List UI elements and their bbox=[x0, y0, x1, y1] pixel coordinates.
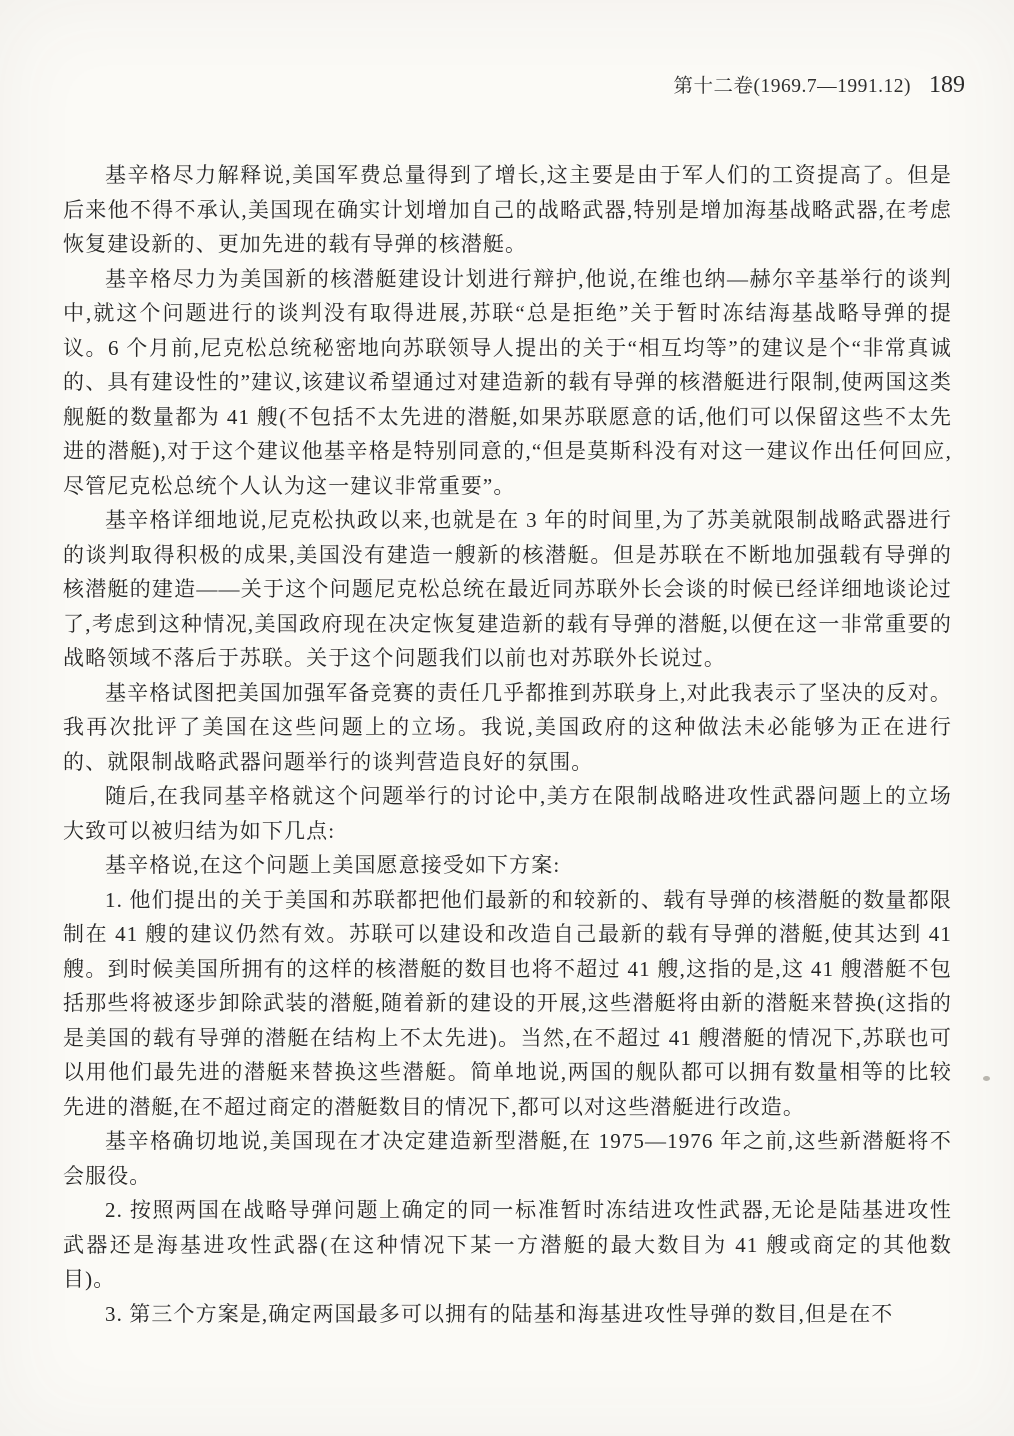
paragraph-list-item-2: 2. 按照两国在战略导弹问题上确定的同一标准暂时冻结进攻性武器,无论是陆基进攻性… bbox=[63, 1193, 952, 1297]
document-body: 基辛格尽力解释说,美国军费总量得到了增长,这主要是由于军人们的工资提高了。但是后… bbox=[63, 158, 952, 1331]
scan-artifact-speck bbox=[983, 1076, 990, 1081]
paragraph-6: 基辛格说,在这个问题上美国愿意接受如下方案: bbox=[63, 848, 952, 883]
paragraph-list-item-1: 1. 他们提出的关于美国和苏联都把他们最新的和较新的、载有导弹的核潜艇的数量都限… bbox=[63, 883, 952, 1125]
paragraph-5: 随后,在我同基辛格就这个问题举行的讨论中,美方在限制战略进攻性武器问题上的立场大… bbox=[63, 779, 952, 848]
scanned-book-page: 第十二卷(1969.7—1991.12) 189 基辛格尽力解释说,美国军费总量… bbox=[0, 0, 1014, 1436]
paragraph-4: 基辛格试图把美国加强军备竞赛的责任几乎都推到苏联身上,对此我表示了坚决的反对。我… bbox=[63, 676, 952, 780]
paragraph-3: 基辛格详细地说,尼克松执政以来,也就是在 3 年的时间里,为了苏美就限制战略武器… bbox=[63, 503, 952, 676]
paragraph-2: 基辛格尽力为美国新的核潜艇建设计划进行辩护,他说,在维也纳—赫尔辛基举行的谈判中… bbox=[63, 262, 952, 504]
paragraph-1: 基辛格尽力解释说,美国军费总量得到了增长,这主要是由于军人们的工资提高了。但是后… bbox=[63, 158, 952, 262]
volume-title: 第十二卷(1969.7—1991.12) bbox=[674, 70, 912, 98]
paragraph-7: 基辛格确切地说,美国现在才决定建造新型潜艇,在 1975—1976 年之前,这些… bbox=[63, 1124, 952, 1193]
paragraph-list-item-3: 3. 第三个方案是,确定两国最多可以拥有的陆基和海基进攻性导弹的数目,但是在不 bbox=[63, 1297, 952, 1332]
page-header: 第十二卷(1969.7—1991.12) 189 bbox=[674, 70, 966, 99]
page-number: 189 bbox=[929, 72, 965, 99]
